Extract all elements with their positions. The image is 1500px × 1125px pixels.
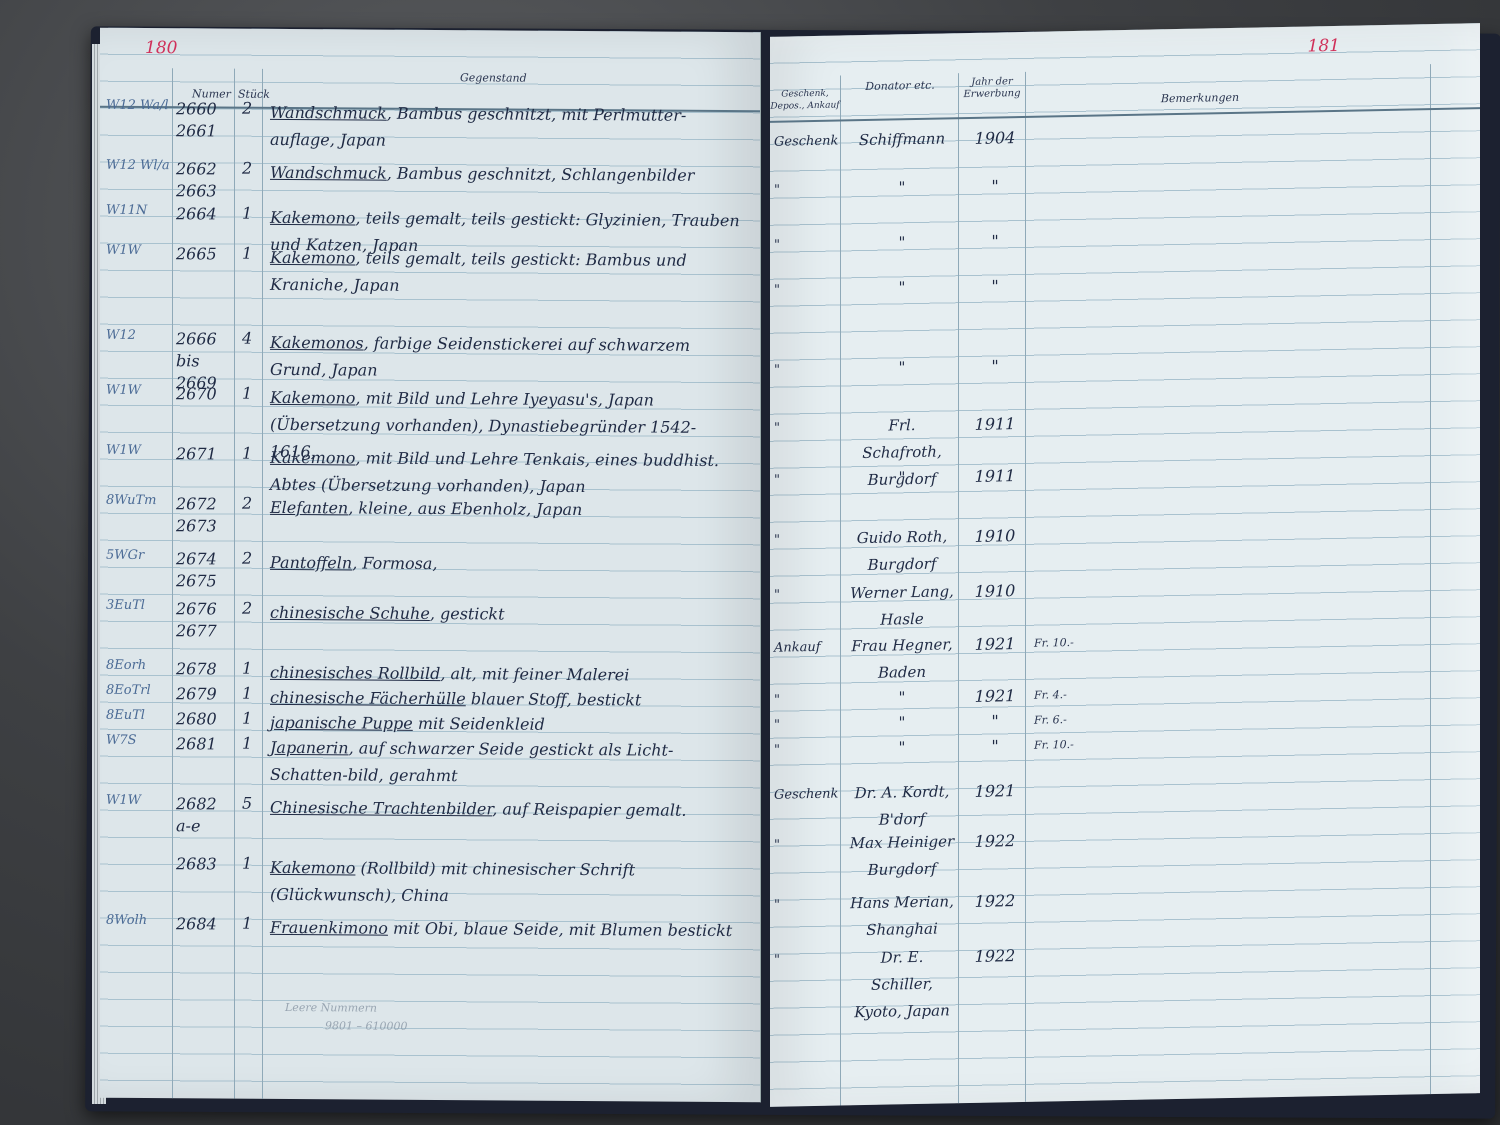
acquisition-year: " [970, 172, 1020, 200]
acquisition-year: 1921 [970, 630, 1020, 658]
piece-count: 1 [242, 709, 252, 728]
acquisition-year: " [970, 707, 1020, 735]
table-row: W1W2682 a-e5Chinesische Trachtenbilder, … [100, 793, 760, 798]
table-row: "Frl. Schafroth, Burgdorf1911 [770, 401, 1480, 415]
table-row: """ [770, 343, 1480, 357]
donor: " [848, 173, 956, 202]
remarks: Fr. 4.- [1034, 681, 1067, 709]
table-row: """ [770, 218, 1480, 232]
inventory-number: 2682 a-e [176, 793, 232, 837]
acquisition-type: " [774, 831, 838, 859]
piece-count: 1 [242, 684, 252, 703]
object-description: Pantoffeln, Formosa, [270, 549, 740, 579]
piece-count: 1 [242, 659, 252, 678]
table-row: """ [770, 163, 1480, 177]
inventory-number: 2665 [176, 243, 232, 265]
table-row: 5WGr2674 26752Pantoffeln, Formosa, [100, 548, 760, 553]
table-row: 8Wolh26841Frauenkimono mit Obi, blaue Se… [100, 913, 760, 918]
acquisition-type: Ankauf [774, 634, 838, 662]
location-code: W1W [106, 793, 170, 808]
piece-count: 2 [242, 494, 252, 513]
location-code: W12 Wl/a [106, 158, 170, 173]
header-acquisition: Geschenk, Depos., Ankauf [770, 87, 840, 112]
location-code: W1W [106, 383, 170, 398]
left-page: 180 Numer Stück Gegenstand W12 Wa/l2660 … [100, 28, 761, 1103]
inventory-number: 2680 [176, 708, 232, 730]
object-description: Kakemono, teils gemalt, teils gestickt: … [270, 244, 740, 301]
acquisition-type: " [774, 466, 838, 494]
acquisition-year: 1904 [970, 124, 1020, 152]
table-row: 8Eorh26781chinesisches Rollbild, alt, mi… [100, 658, 760, 663]
remarks: Fr. 6.- [1034, 706, 1067, 734]
piece-count: 1 [242, 914, 252, 933]
inventory-number: 2671 [176, 443, 232, 465]
inventory-number: 2674 2675 [176, 548, 232, 592]
table-row: GeschenkDr. A. Kordt, B'dorf1921 [770, 768, 1480, 782]
donor: Frau Hegner, Baden [848, 631, 956, 687]
object-description: Wandschmuck, Bambus geschnitzt, mit Perl… [270, 99, 740, 156]
acquisition-year: 1911 [970, 410, 1020, 438]
location-code: 8Eorh [106, 658, 170, 673]
acquisition-year: 1922 [970, 942, 1020, 970]
table-row: W12 Wa/l2660 26612Wandschmuck, Bambus ge… [100, 98, 760, 103]
acquisition-year: 1922 [970, 887, 1020, 915]
acquisition-year: 1921 [970, 777, 1020, 805]
page-number-right: 181 [1308, 36, 1340, 57]
location-code: W7S [106, 733, 170, 748]
acquisition-type: " [774, 276, 838, 304]
remarks: Fr. 10.- [1034, 629, 1074, 657]
inventory-number: 2676 2677 [176, 598, 232, 642]
acquisition-year: " [970, 732, 1020, 760]
page-number-left: 180 [145, 38, 177, 58]
location-code: 8EoTrl [106, 683, 170, 698]
table-row: 3EuTl2676 26772chinesische Schuhe, gesti… [100, 598, 760, 603]
object-description: Frauenkimono mit Obi, blaue Seide, mit B… [270, 914, 740, 944]
location-code: 8WuTm [106, 493, 170, 508]
piece-count: 2 [242, 159, 252, 178]
acquisition-year: 1910 [970, 522, 1020, 550]
inventory-number: 2664 [176, 203, 232, 225]
donor: " [848, 273, 956, 302]
header-year: Jahr der Erwerbung [960, 76, 1024, 101]
piece-count: 2 [242, 99, 252, 118]
acquisition-year: 1922 [970, 827, 1020, 855]
inventory-number: 2670 [176, 383, 232, 405]
location-code: 8EuTl [106, 708, 170, 723]
location-code: 8Wolh [106, 913, 170, 928]
donor: Dr. A. Kordt, B'dorf [848, 778, 956, 834]
donor: Schiffmann [848, 125, 956, 154]
object-description: Japanerin, auf schwarzer Seide gestickt … [270, 734, 740, 791]
acquisition-type: " [774, 231, 838, 259]
acquisition-type: " [774, 711, 838, 739]
inventory-number: 2683 [176, 853, 232, 875]
inventory-number: 2662 2663 [176, 158, 232, 202]
table-row: W122666 bis 26694Kakemonos, farbige Seid… [100, 328, 760, 333]
acquisition-year: " [970, 272, 1020, 300]
location-code: W1W [106, 243, 170, 258]
piece-count: 1 [242, 854, 252, 873]
acquisition-year: " [970, 227, 1020, 255]
acquisition-year: " [970, 352, 1020, 380]
acquisition-type: " [774, 891, 838, 919]
table-row: W11N26641Kakemono, teils gemalt, teils g… [100, 203, 760, 208]
donor: " [848, 228, 956, 257]
acquisition-type: " [774, 946, 838, 974]
object-description: Kakemono (Rollbild) mit chinesischer Sch… [270, 854, 740, 911]
piece-count: 4 [242, 329, 252, 348]
header-remarks: Bemerkungen [1100, 91, 1300, 107]
inventory-number: 2681 [176, 733, 232, 755]
acquisition-type: " [774, 736, 838, 764]
acquisition-type: " [774, 414, 838, 442]
object-description: Kakemono, mit Bild und Lehre Tenkais, ei… [270, 444, 740, 501]
object-description: Kakemonos, farbige Seidenstickerei auf s… [270, 329, 740, 386]
location-code: 5WGr [106, 548, 170, 563]
piece-count: 1 [242, 444, 252, 463]
piece-count: 1 [242, 384, 252, 403]
acquisition-type: " [774, 176, 838, 204]
location-code: W12 [106, 328, 170, 343]
acquisition-type: " [774, 686, 838, 714]
donor: Guido Roth, Burgdorf [848, 523, 956, 579]
piece-count: 2 [242, 599, 252, 618]
piece-count: 1 [242, 734, 252, 753]
inventory-number: 2672 2673 [176, 493, 232, 537]
table-row: W12 Wl/a2662 26632Wandschmuck, Bambus ge… [100, 158, 760, 163]
acquisition-year: 1911 [970, 462, 1020, 490]
location-code: W1W [106, 443, 170, 458]
acquisition-year: 1910 [970, 577, 1020, 605]
table-row: 26831Kakemono (Rollbild) mit chinesische… [100, 853, 760, 858]
piece-count: 5 [242, 794, 252, 813]
location-code: W12 Wa/l [106, 98, 170, 113]
object-description: chinesische Schuhe, gestickt [270, 599, 740, 629]
remarks: Fr. 10.- [1034, 731, 1074, 759]
right-page: 181 Geschenk, Depos., Ankauf Donator etc… [770, 23, 1480, 1107]
donor: Max Heiniger Burgdorf [848, 828, 956, 884]
location-code: W11N [106, 203, 170, 218]
acquisition-type: " [774, 581, 838, 609]
acquisition-type: Geschenk [774, 781, 838, 809]
inventory-number: 2684 [176, 913, 232, 935]
location-code: 3EuTl [106, 598, 170, 613]
pencil-note: Leere Nummern 9801 – 610000 [285, 999, 407, 1036]
acquisition-type: " [774, 356, 838, 384]
acquisition-type: " [774, 526, 838, 554]
header-donor: Donator etc. [850, 79, 950, 93]
header-object: Gegenstand [460, 72, 527, 84]
inventory-number: 2679 [176, 683, 232, 705]
acquisition-year: 1921 [970, 682, 1020, 710]
object-description: Wandschmuck, Bambus geschnitzt, Schlange… [270, 159, 740, 189]
donor: " [848, 353, 956, 382]
donor: Werner Lang, Hasle [848, 578, 956, 634]
donor: Dr. E. Schiller, Kyoto, Japan [848, 943, 956, 1026]
acquisition-type: Geschenk [774, 128, 838, 156]
object-description: Elefanten, kleine, aus Ebenholz, Japan [270, 494, 740, 524]
piece-count: 2 [242, 549, 252, 568]
piece-count: 1 [242, 204, 252, 223]
table-row: "Guido Roth, Burgdorf1910 [770, 513, 1480, 527]
piece-count: 1 [242, 244, 252, 263]
donor: " [848, 733, 956, 762]
inventory-number: 2660 2661 [176, 98, 232, 142]
donor: Hans Merian, Shanghai [848, 888, 956, 944]
inventory-number: 2678 [176, 658, 232, 680]
table-row: """ [770, 263, 1480, 277]
object-description: Chinesische Trachtenbilder, auf Reispapi… [270, 794, 740, 824]
table-row: GeschenkSchiffmann1904 [770, 115, 1480, 129]
donor: " [848, 463, 956, 492]
